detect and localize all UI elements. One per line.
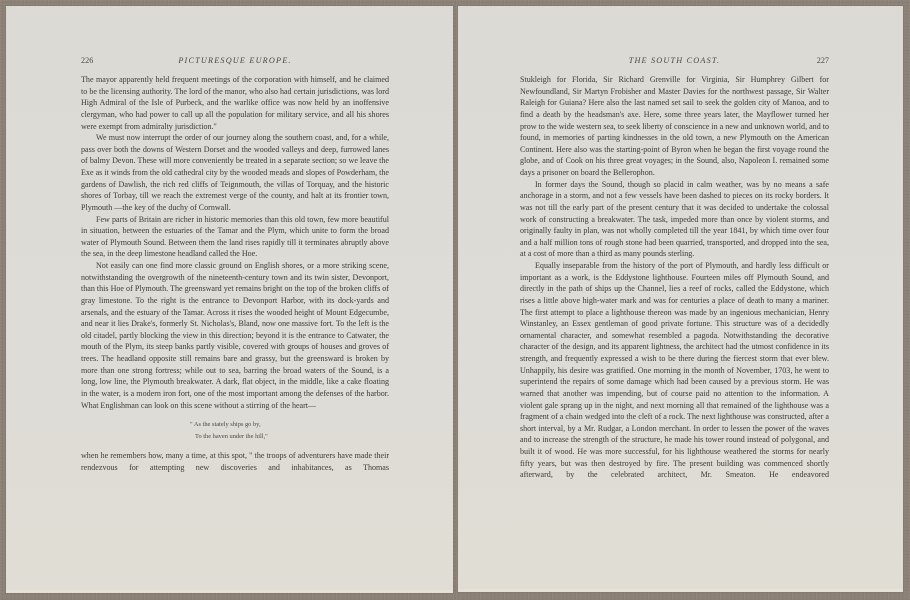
running-title: THE SOUTH COAST.: [520, 56, 829, 65]
running-title: PICTURESQUE EUROPE.: [81, 56, 389, 65]
paragraph: Not easily can one find more classic gro…: [81, 260, 389, 411]
verse-quotation: " As the stately ships go by, To the hav…: [81, 419, 389, 442]
left-page: 226 PICTURESQUE EUROPE. The mayor appare…: [6, 6, 453, 593]
paragraph: In former days the Sound, though so plac…: [520, 179, 829, 260]
paragraph: The mayor apparently held frequent meeti…: [81, 74, 389, 132]
quote-line: To the haven under the hill,": [190, 431, 389, 443]
left-page-body: The mayor apparently held frequent meeti…: [81, 74, 389, 473]
quote-line: " As the stately ships go by,: [190, 419, 389, 431]
paragraph-continuation: when he remembers how, many a time, at t…: [81, 450, 389, 473]
left-page-header: 226 PICTURESQUE EUROPE.: [81, 56, 389, 68]
page-number: 227: [817, 56, 829, 65]
paragraph: Few parts of Britain are richer in histo…: [81, 214, 389, 261]
paragraph: Stukleigh for Florida, Sir Richard Grenv…: [520, 74, 829, 179]
paragraph: Equally inseparable from the history of …: [520, 260, 829, 481]
paragraph: We must now interrupt the order of our j…: [81, 132, 389, 213]
right-page: THE SOUTH COAST. 227 Stukleigh for Flori…: [458, 6, 903, 592]
right-page-body: Stukleigh for Florida, Sir Richard Grenv…: [520, 74, 829, 481]
right-page-header: THE SOUTH COAST. 227: [520, 56, 829, 68]
